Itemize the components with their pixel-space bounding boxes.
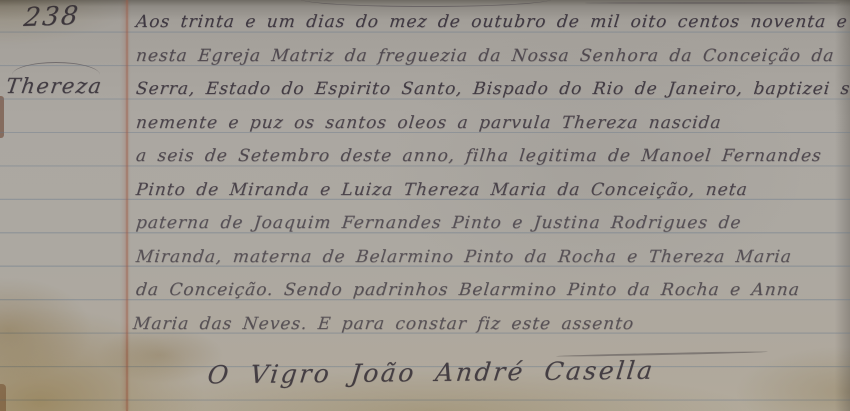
record-number: 238 [22, 1, 81, 33]
record-text-line: da Conceição. Sendo padrinhos Belarmino … [135, 280, 801, 300]
record-child-name: Thereza [4, 74, 104, 98]
record-text-line: Pinto de Miranda e Luiza Thereza Maria d… [135, 180, 749, 200]
priest-signature: O Vigro João André Casella [206, 356, 656, 390]
record-text-line: nemente e puz os santos oleos a parvula … [135, 113, 723, 133]
handwritten-ink-layer: 238 Thereza Aos trinta e um dias do mez … [0, 0, 850, 411]
record-text-line: Aos trinta e um dias do mez de outubro d… [135, 12, 850, 32]
record-text-line: paterna de Joaquim Fernandes Pinto e Jus… [135, 213, 743, 233]
baptismal-register-page: 238 Thereza Aos trinta e um dias do mez … [0, 0, 850, 411]
record-text-line: a seis de Setembro deste anno, filha leg… [135, 146, 823, 166]
record-text-line: Serra, Estado do Espirito Santo, Bispado… [135, 79, 850, 99]
record-text-line: Miranda, materna de Belarmino Pinto da R… [135, 247, 793, 267]
record-text-line: nesta Egreja Matriz da freguezia da Noss… [135, 46, 835, 66]
record-text-line: Maria das Neves. E para constar fiz este… [132, 314, 635, 334]
